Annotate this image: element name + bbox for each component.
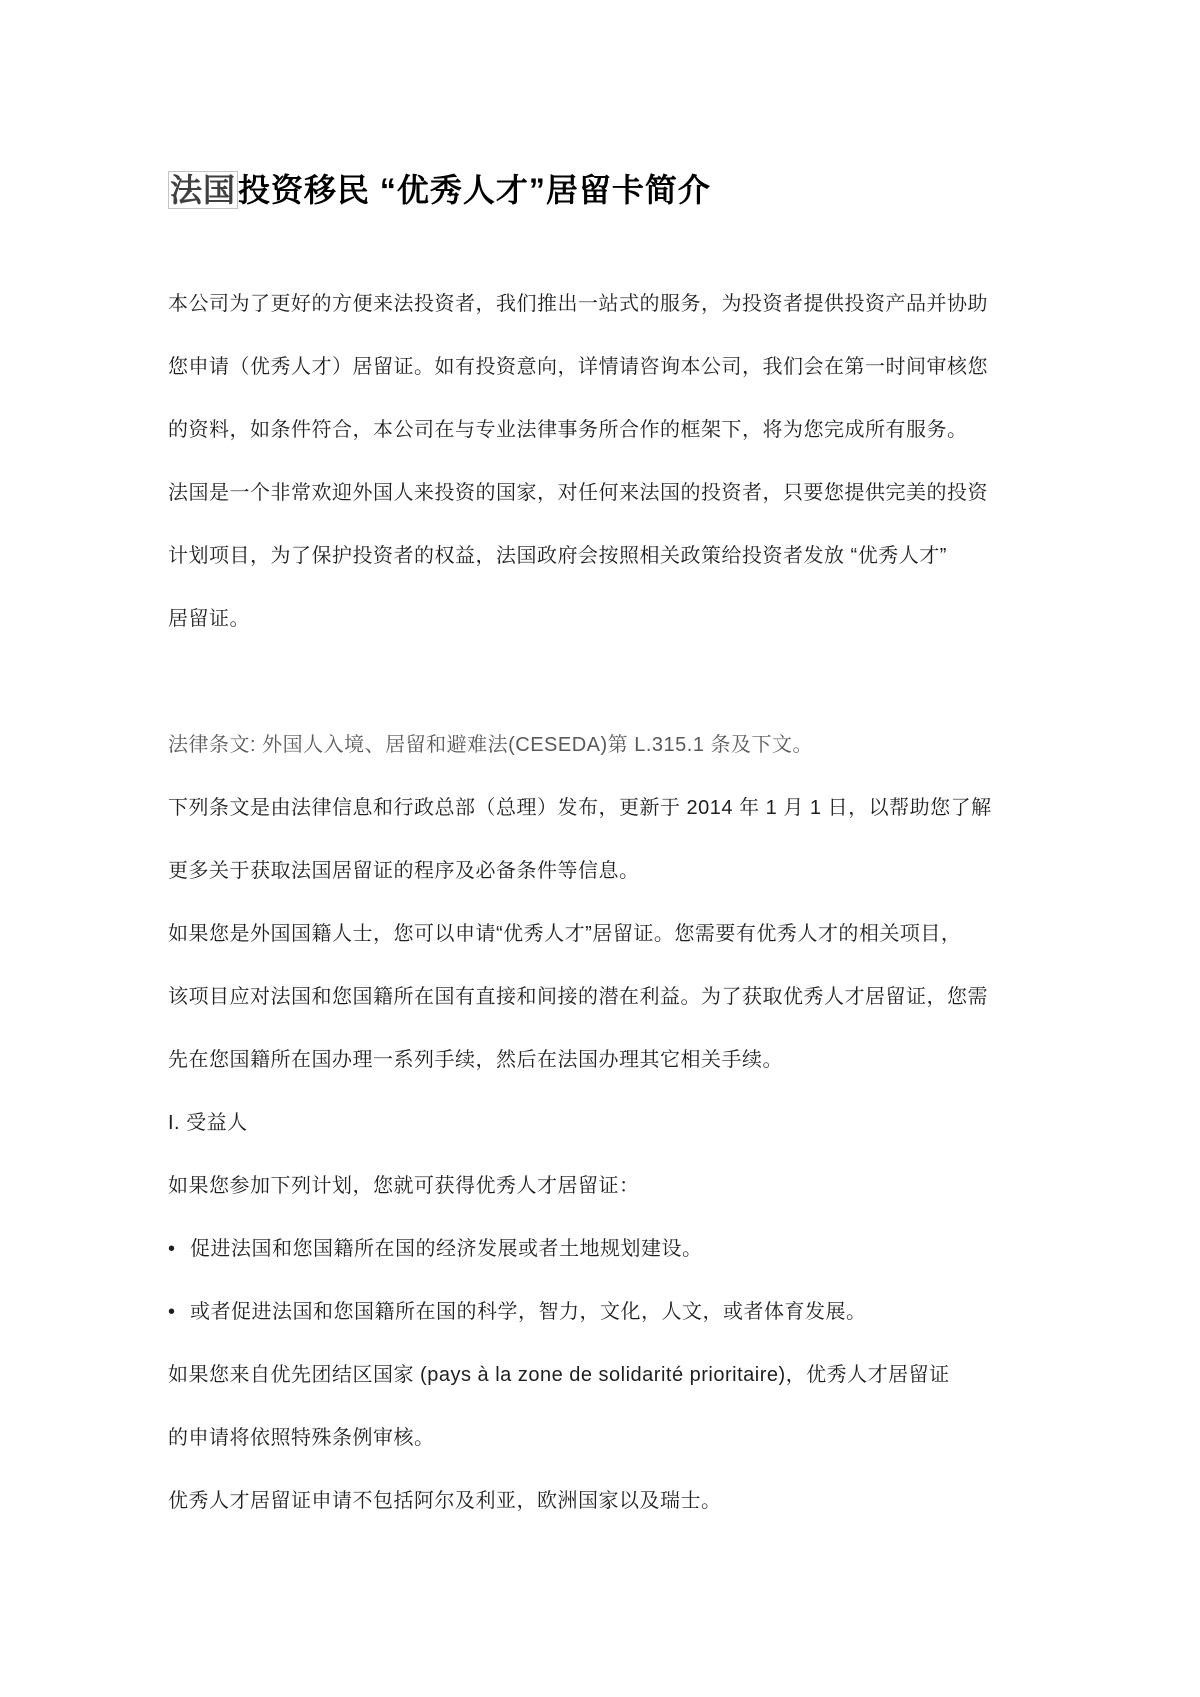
- section-heading: I. 受益人: [168, 1092, 1068, 1155]
- paragraph-line: 的资料，如条件符合，本公司在与专业法律事务所合作的框架下，将为您完成所有服务。: [168, 399, 1068, 462]
- paragraph-line: 优秀人才居留证申请不包括阿尔及利亚，欧洲国家以及瑞士。: [168, 1470, 1068, 1533]
- bullet-icon: •: [168, 1281, 182, 1344]
- document-page: 法国投资移民 “优秀人才”居留卡简介 本公司为了更好的方便来法投资者，我们推出一…: [0, 0, 1200, 1697]
- bullet-item-text: 促进法国和您国籍所在国的经济发展或者土地规划建设。: [190, 1238, 703, 1260]
- title-text: 投资移民 “优秀人才”居留卡简介: [238, 172, 711, 208]
- document-body: 本公司为了更好的方便来法投资者，我们推出一站式的服务，为投资者提供投资产品并协助…: [168, 273, 1068, 1533]
- page-title: 法国投资移民 “优秀人才”居留卡简介: [168, 165, 711, 211]
- bullet-item-text: 或者促进法国和您国籍所在国的科学，智力，文化，人文，或者体育发展。: [190, 1301, 867, 1323]
- title-highlighted-term: 法国: [168, 171, 238, 209]
- paragraph-line: 如果您参加下列计划，您就可获得优秀人才居留证：: [168, 1155, 1068, 1218]
- paragraph-line: 的申请将依照特殊条例审核。: [168, 1407, 1068, 1470]
- paragraph-line: 计划项目，为了保护投资者的权益，法国政府会按照相关政策给投资者发放 “优秀人才”: [168, 525, 1068, 588]
- legal-reference-line: 法律条文: 外国人入境、居留和避难法(CESEDA)第 L.315.1 条及下文…: [168, 714, 1068, 777]
- paragraph-line: 该项目应对法国和您国籍所在国有直接和间接的潜在利益。为了获取优秀人才居留证，您需: [168, 966, 1068, 1029]
- paragraph-line: 法国是一个非常欢迎外国人来投资的国家，对任何来法国的投资者，只要您提供完美的投资: [168, 462, 1068, 525]
- paragraph-line: 居留证。: [168, 588, 1068, 651]
- paragraph-line: 下列条文是由法律信息和行政总部（总理）发布，更新于 2014 年 1 月 1 日…: [168, 777, 1068, 840]
- paragraph-line: 本公司为了更好的方便来法投资者，我们推出一站式的服务，为投资者提供投资产品并协助: [168, 273, 1068, 336]
- paragraph-line: 您申请（优秀人才）居留证。如有投资意向，详情请咨询本公司，我们会在第一时间审核您: [168, 336, 1068, 399]
- paragraph-line: 如果您来自优先团结区国家 (pays à la zone de solidari…: [168, 1344, 1068, 1407]
- bullet-item: •促进法国和您国籍所在国的经济发展或者土地规划建设。: [168, 1218, 1068, 1281]
- paragraph-line: 更多关于获取法国居留证的程序及必备条件等信息。: [168, 840, 1068, 903]
- bullet-item: •或者促进法国和您国籍所在国的科学，智力，文化，人文，或者体育发展。: [168, 1281, 1068, 1344]
- blank-line: [168, 651, 1068, 714]
- paragraph-line: 如果您是外国国籍人士，您可以申请“优秀人才”居留证。您需要有优秀人才的相关项目，: [168, 903, 1068, 966]
- paragraph-line: 先在您国籍所在国办理一系列手续，然后在法国办理其它相关手续。: [168, 1029, 1068, 1092]
- bullet-icon: •: [168, 1218, 182, 1281]
